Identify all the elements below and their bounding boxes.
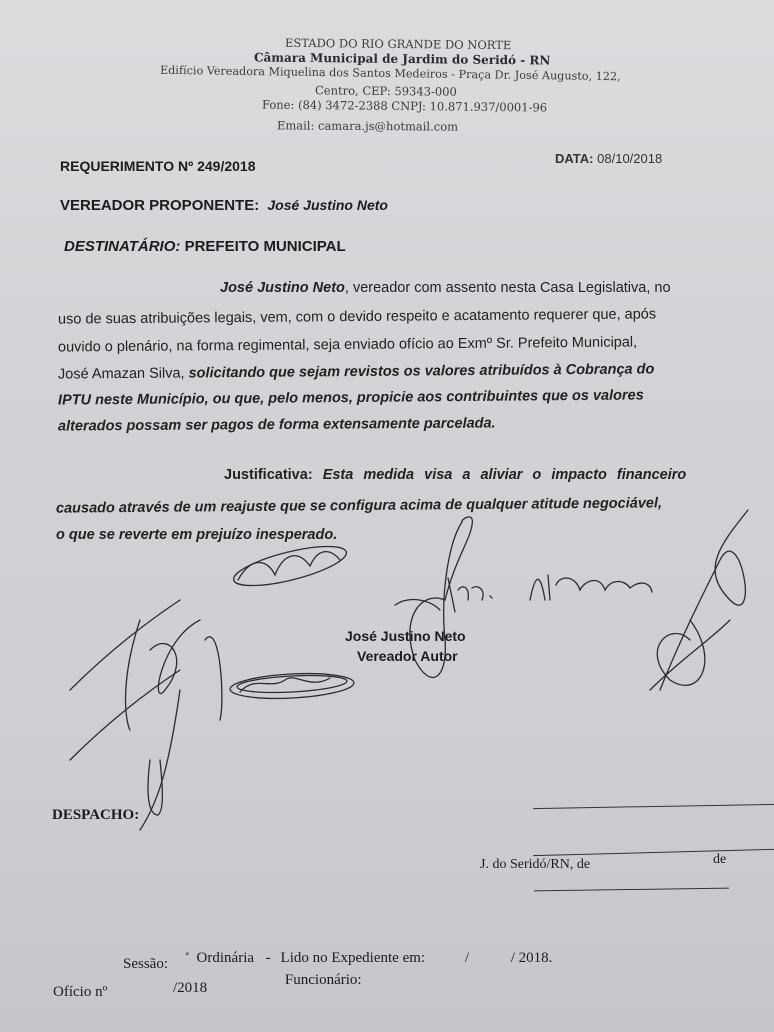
separator: - bbox=[266, 950, 271, 966]
justificativa-label: Justificativa: bbox=[224, 467, 313, 483]
date-value: 08/10/2018 bbox=[597, 151, 662, 166]
despacho-label: DESPACHO: bbox=[52, 807, 139, 824]
destinatario-label: DESTINATÁRIO: bbox=[64, 238, 180, 255]
body-line-4: José Amazan Silva, solicitando que sejam… bbox=[58, 361, 654, 382]
author-name: José Justino Neto bbox=[220, 280, 345, 296]
destinatario: DESTINATÁRIO: PREFEITO MUNICIPAL bbox=[64, 238, 346, 255]
oficio-label: Ofício nº bbox=[53, 984, 107, 1001]
text-bold: o que se reverte em prejuízo inesperado. bbox=[56, 527, 337, 543]
header-email: Email: camara.js@hotmail.com bbox=[277, 118, 458, 133]
body-line-3: ouvido o plenário, na forma regimental, … bbox=[58, 334, 637, 355]
justificativa-line-1: Justificativa: Esta medida visa a alivia… bbox=[224, 467, 686, 483]
signature-name: José Justino Neto bbox=[345, 628, 466, 644]
despacho-line-2[interactable] bbox=[533, 849, 774, 856]
despacho-line-1[interactable] bbox=[533, 804, 774, 809]
body-line-5: IPTU neste Município, ou que, pelo menos… bbox=[58, 387, 644, 408]
local-date-line: J. do Seridó/RN, de bbox=[480, 857, 590, 873]
oficio-row: Ofício nº /2018 Funcionário: bbox=[53, 980, 362, 997]
text-bold: solicitando que sejam revistos os valore… bbox=[189, 361, 655, 381]
funcionario-label: Funcionário: bbox=[285, 972, 362, 989]
sessao-row: Sessão: ª Ordinária - Lido no Expediente… bbox=[123, 950, 552, 967]
text: José Amazan Silva, bbox=[58, 365, 189, 382]
body-line-6: alterados possam ser pagos de forma exte… bbox=[58, 415, 496, 434]
signature-line[interactable] bbox=[534, 888, 729, 892]
header-address-2: Centro, CEP: 59343-000 bbox=[315, 83, 457, 98]
proponente-value: José Justino Neto bbox=[267, 197, 388, 213]
text: ouvido o plenário, na forma regimental, … bbox=[58, 334, 637, 355]
text: , vereador com assento nesta Casa Legisl… bbox=[345, 280, 671, 296]
document-date: DATA: 08/10/2018 bbox=[555, 151, 662, 166]
body-line-2: uso de suas atribuições legais, vem, com… bbox=[58, 306, 656, 327]
local-date: J. do Seridó/RN, de bbox=[480, 857, 590, 872]
oficio-year: /2018 bbox=[173, 980, 207, 996]
proponente: VEREADOR PROPONENTE: José Justino Neto bbox=[60, 197, 388, 214]
document-page: ESTADO DO RIO GRANDE DO NORTE Câmara Mun… bbox=[0, 0, 774, 1032]
header-state: ESTADO DO RIO GRANDE DO NORTE bbox=[285, 36, 511, 52]
lido-expediente: Lido no Expediente em: bbox=[281, 950, 426, 966]
body-line-1: José Justino Neto, vereador com assento … bbox=[220, 280, 671, 296]
header-address-1: Edifício Vereadora Miquelina dos Santos … bbox=[160, 64, 621, 83]
proponente-label: VEREADOR PROPONENTE: bbox=[60, 197, 259, 214]
requerimento-number: REQUERIMENTO Nº 249/2018 bbox=[60, 158, 255, 174]
header-contact: Fone: (84) 3472-2388 CNPJ: 10.871.937/00… bbox=[262, 98, 547, 115]
text-bold: causado através de um reajuste que se co… bbox=[56, 495, 662, 516]
sessao-label: Sessão: bbox=[123, 956, 168, 973]
destinatario-value: PREFEITO MUNICIPAL bbox=[185, 238, 346, 255]
date-slash: / bbox=[465, 950, 469, 966]
justificativa-line-2: causado através de um reajuste que se co… bbox=[56, 495, 662, 516]
text-bold: Esta medida visa a aliviar o impacto fin… bbox=[323, 467, 687, 483]
sessao-type: Ordinária bbox=[197, 950, 254, 966]
signature-role: Vereador Autor bbox=[357, 648, 458, 664]
signature-scribble-1 bbox=[230, 538, 349, 593]
local-date-de: de bbox=[713, 852, 726, 868]
text: uso de suas atribuições legais, vem, com… bbox=[58, 306, 656, 327]
date-label: DATA: bbox=[555, 151, 594, 166]
year-end: / 2018. bbox=[511, 950, 553, 966]
text-bold: alterados possam ser pagos de forma exte… bbox=[58, 415, 496, 434]
sessao-ordinal: ª bbox=[186, 950, 189, 962]
justificativa-line-3: o que se reverte em prejuízo inesperado. bbox=[56, 527, 337, 543]
text-bold: IPTU neste Município, ou que, pelo menos… bbox=[58, 387, 644, 408]
